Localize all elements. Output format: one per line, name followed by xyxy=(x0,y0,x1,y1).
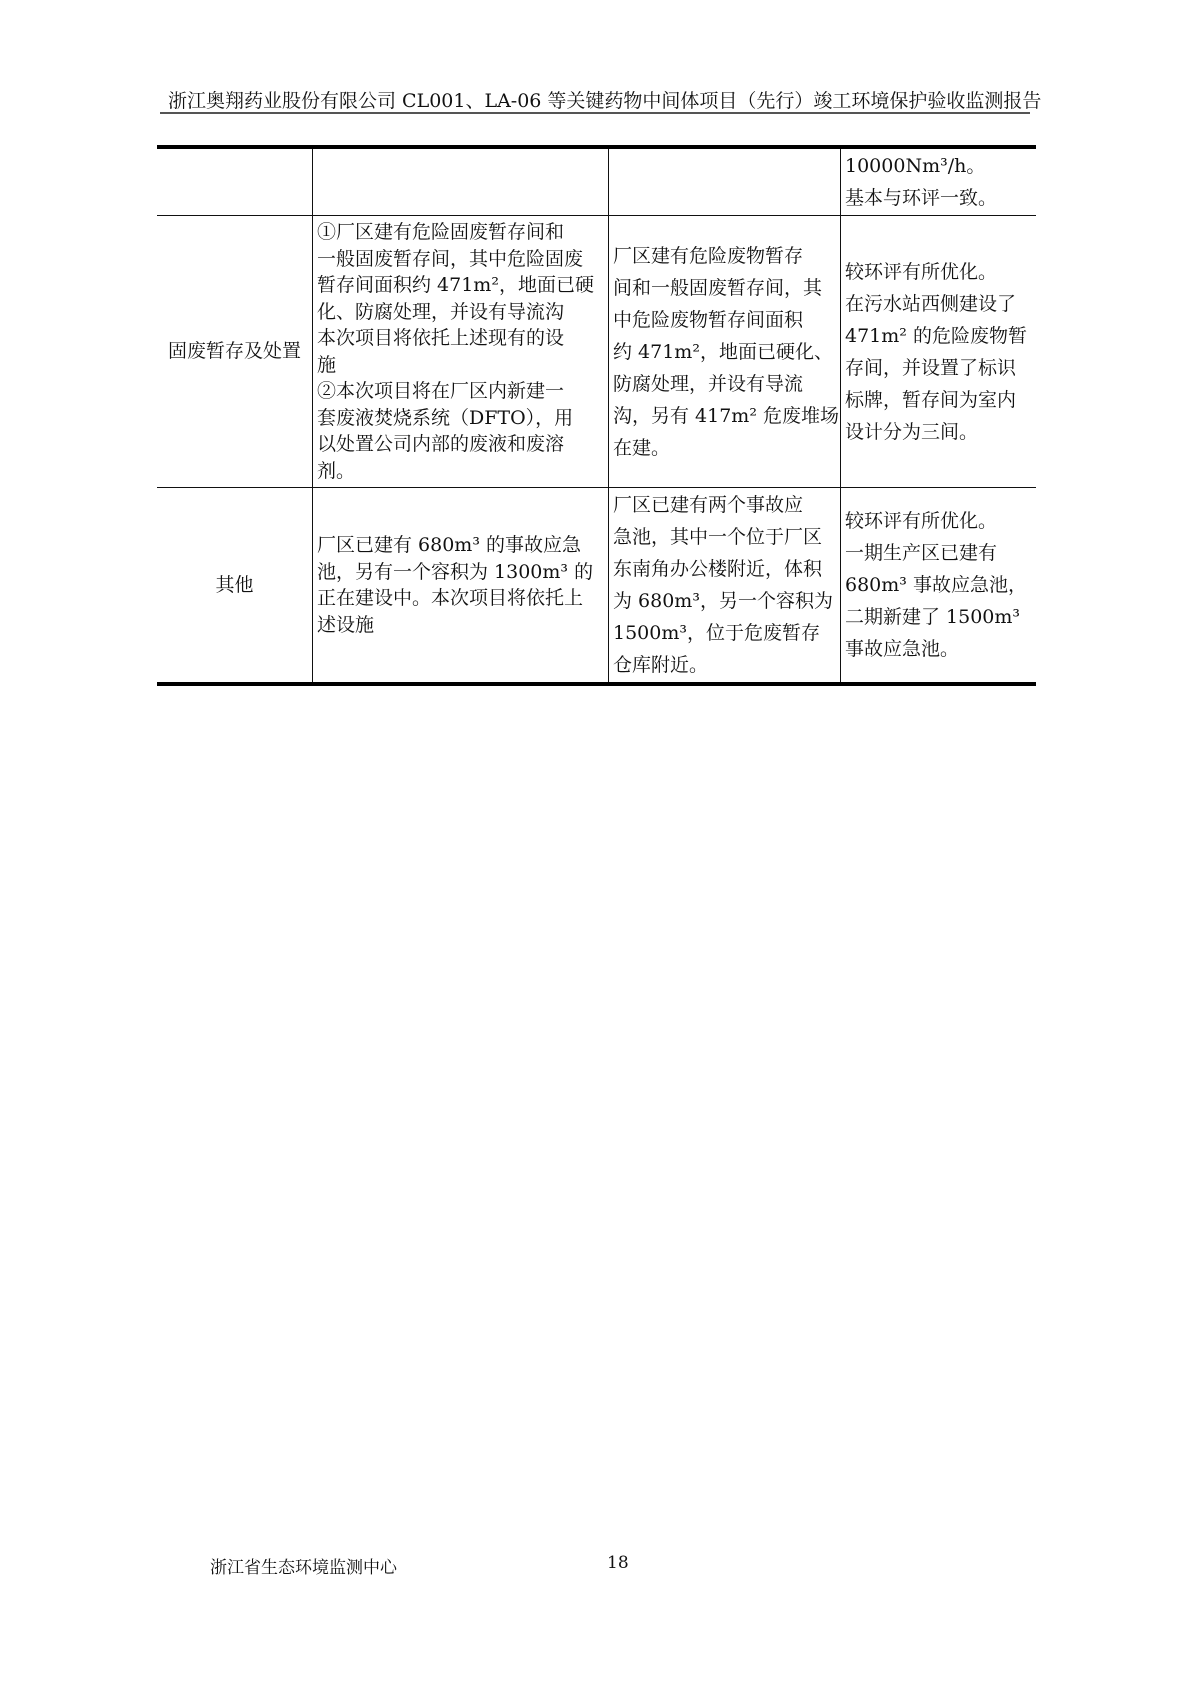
cell-line: 较环评有所优化。 xyxy=(845,505,1032,537)
cell-line: 10000Nm³/h。 xyxy=(845,150,1032,182)
cell-line: 防腐处理，并设有导流 xyxy=(613,368,836,400)
eia-requirement-cell xyxy=(313,147,609,216)
table-row: 10000Nm³/h。 基本与环评一致。 xyxy=(157,147,1036,216)
cell-line: 标牌，暂存间为室内 xyxy=(845,384,1032,416)
header-rule xyxy=(160,112,1030,114)
category-cell: 固废暂存及处置 xyxy=(157,216,313,488)
cell-line: 厂区建有危险废物暂存 xyxy=(613,240,836,272)
cell-line: 约 471m²，地面已硬化、 xyxy=(613,336,836,368)
cell-line: 事故应急池。 xyxy=(845,633,1032,665)
category-cell: 其他 xyxy=(157,488,313,685)
footer-organization: 浙江省生态环境监测中心 xyxy=(210,1553,397,1578)
cell-line: 在污水站西侧建设了 xyxy=(845,288,1032,320)
eia-requirement-cell: 厂区已建有 680m³ 的事故应急 池，另有一个容积为 1300m³ 的 正在建… xyxy=(313,488,609,685)
cell-line: 较环评有所优化。 xyxy=(845,256,1032,288)
cell-line: 急池，其中一个位于厂区 xyxy=(613,521,836,553)
page-number: 18 xyxy=(607,1553,629,1573)
cell-line: ①厂区建有危险固废暂存间和 xyxy=(317,219,604,246)
cell-line: 471m² 的危险废物暂 xyxy=(845,320,1032,352)
table-row: 其他 厂区已建有 680m³ 的事故应急 池，另有一个容积为 1300m³ 的 … xyxy=(157,488,1036,685)
cell-line: ②本次项目将在厂区内新建一 xyxy=(317,378,604,405)
cell-line: 施 xyxy=(317,352,604,379)
table-row: 固废暂存及处置 ①厂区建有危险固废暂存间和 一般固废暂存间，其中危险固废 暂存间… xyxy=(157,216,1036,488)
cell-line: 一般固废暂存间，其中危险固废 xyxy=(317,246,604,273)
actual-construction-cell xyxy=(609,147,841,216)
cell-line: 剂。 xyxy=(317,458,604,485)
comparison-table: 10000Nm³/h。 基本与环评一致。 固废暂存及处置 ①厂区建有危险固废暂存… xyxy=(157,145,1036,686)
cell-line: 设计分为三间。 xyxy=(845,416,1032,448)
cell-line: 二期新建了 1500m³ xyxy=(845,601,1032,633)
cell-line: 一期生产区已建有 xyxy=(845,537,1032,569)
eia-requirement-cell: ①厂区建有危险固废暂存间和 一般固废暂存间，其中危险固废 暂存间面积约 471m… xyxy=(313,216,609,488)
cell-line: 为 680m³，另一个容积为 xyxy=(613,585,836,617)
comparison-cell: 较环评有所优化。 在污水站西侧建设了 471m² 的危险废物暂 存间，并设置了标… xyxy=(841,216,1037,488)
cell-line: 化、防腐处理，并设有导流沟 xyxy=(317,299,604,326)
cell-line: 正在建设中。本次项目将依托上 xyxy=(317,585,604,612)
page-header-title: 浙江奥翔药业股份有限公司 CL001、LA-06 等关键药物中间体项目（先行）竣… xyxy=(168,86,1026,113)
cell-line: 存间，并设置了标识 xyxy=(845,352,1032,384)
cell-line: 以处置公司内部的废液和废溶 xyxy=(317,431,604,458)
cell-line: 中危险废物暂存间面积 xyxy=(613,304,836,336)
cell-line: 沟，另有 417m² 危废堆场 xyxy=(613,400,836,432)
cell-line: 套废液焚烧系统（DFTO），用 xyxy=(317,405,604,432)
cell-line: 仓库附近。 xyxy=(613,649,836,681)
cell-line: 间和一般固废暂存间，其 xyxy=(613,272,836,304)
cell-line: 池，另有一个容积为 1300m³ 的 xyxy=(317,559,604,586)
cell-line: 暂存间面积约 471m²，地面已硬 xyxy=(317,272,604,299)
cell-line: 基本与环评一致。 xyxy=(845,182,1032,214)
cell-line: 东南角办公楼附近，体积 xyxy=(613,553,836,585)
cell-line: 1500m³，位于危废暂存 xyxy=(613,617,836,649)
cell-line: 厂区已建有两个事故应 xyxy=(613,489,836,521)
cell-line: 厂区已建有 680m³ 的事故应急 xyxy=(317,532,604,559)
cell-line: 680m³ 事故应急池， xyxy=(845,569,1032,601)
comparison-cell: 较环评有所优化。 一期生产区已建有 680m³ 事故应急池， 二期新建了 150… xyxy=(841,488,1037,685)
cell-line: 在建。 xyxy=(613,432,836,464)
cell-line: 本次项目将依托上述现有的设 xyxy=(317,325,604,352)
actual-construction-cell: 厂区建有危险废物暂存 间和一般固废暂存间，其 中危险废物暂存间面积 约 471m… xyxy=(609,216,841,488)
cell-line: 述设施 xyxy=(317,612,604,639)
category-cell xyxy=(157,147,313,216)
actual-construction-cell: 厂区已建有两个事故应 急池，其中一个位于厂区 东南角办公楼附近，体积 为 680… xyxy=(609,488,841,685)
comparison-cell: 10000Nm³/h。 基本与环评一致。 xyxy=(841,147,1037,216)
